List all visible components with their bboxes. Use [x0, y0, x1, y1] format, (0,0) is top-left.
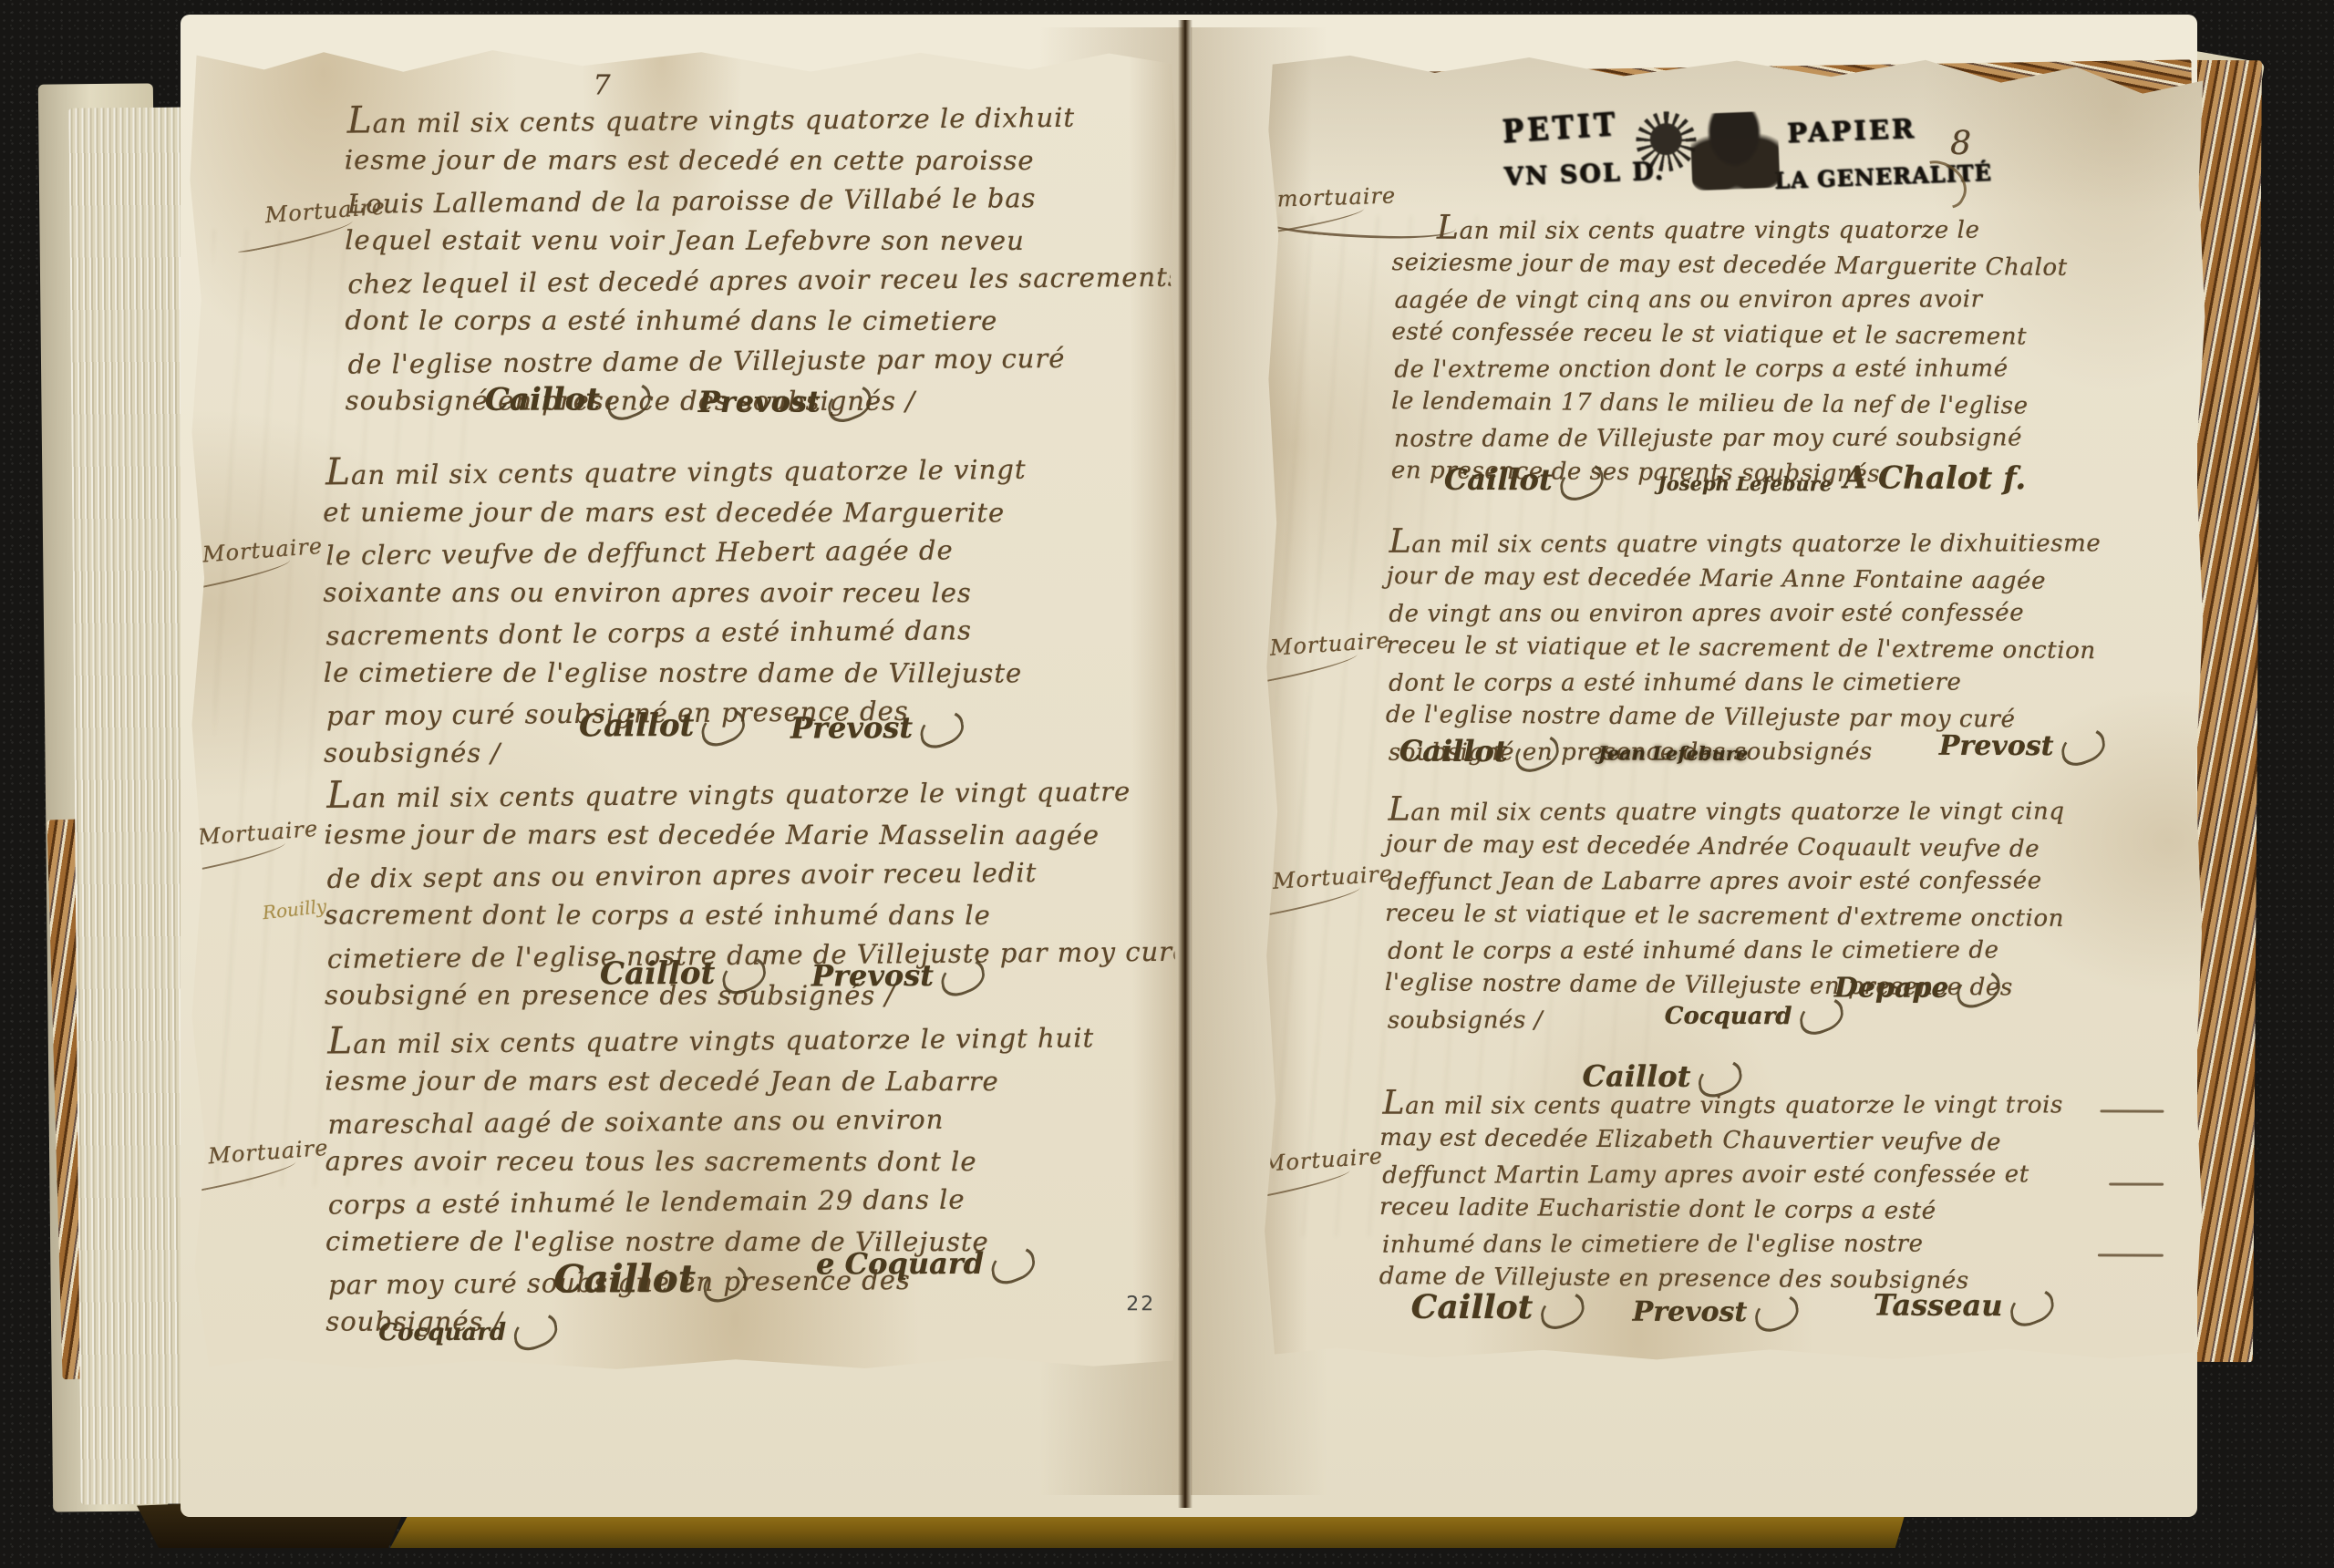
manuscript-line: seiziesme jour de may est decedée Margue…: [1392, 245, 2068, 285]
signature: Prevost: [1939, 730, 2106, 764]
archive-folio-number: 22: [1126, 1293, 1155, 1315]
margin-note: Mortuaire: [207, 1135, 330, 1182]
signature: Prevost: [811, 958, 986, 995]
manuscript-line: inhumé dans le cimetiere de l'eglise nos…: [1382, 1226, 2063, 1262]
manuscript-line: deffunct Jean de Labarre apres avoir est…: [1388, 863, 2067, 899]
manuscript-line: Lan mil six cents quatre vingts quatorze…: [326, 768, 1189, 819]
signature: Prevost: [698, 384, 873, 420]
ink-dash: [2109, 1182, 2164, 1185]
signature: Joseph Lefebure: [1658, 472, 1832, 496]
manuscript-line: et unieme jour de mars est decedée Margu…: [323, 492, 1023, 533]
manuscript-line: Lan mil six cents quatre vingts quatorze…: [347, 93, 1182, 144]
manuscript-line: corps a esté inhumé le lendemain 29 dans…: [328, 1178, 1095, 1224]
manuscript-line: mareschal aagé de soixante ans ou enviro…: [327, 1098, 1094, 1144]
signature: Jean Lefebure: [1598, 741, 1748, 765]
photograph-background: 7 Mortuaire Lan mil six cents quatre vin…: [0, 0, 2334, 1568]
margin-note: Mortuaire: [1272, 861, 1395, 907]
signature: A Chalot f.: [1843, 459, 2027, 497]
signature: e Coquard: [816, 1246, 1036, 1283]
signature-flourish: [1513, 728, 1560, 779]
tax-stamp-word: VN SOL D.: [1503, 157, 1665, 191]
manuscript-line: iesme jour de mars est decedé en cette p…: [345, 139, 1179, 181]
manuscript-line: dont le corps a esté inhumé dans le cime…: [345, 300, 1179, 341]
manuscript-line: sacrement dont le corps a esté inhumé da…: [325, 894, 1186, 935]
burial-entry: Lan mil six cents quatre vingts quatorze…: [1391, 209, 2068, 492]
manuscript-line: le cimetiere de l'eglise nostre dame de …: [324, 653, 1024, 694]
manuscript-line: chez lequel il est decedé apres avoir re…: [347, 257, 1182, 304]
signature: Caillot: [1444, 462, 1605, 499]
ink-dash: [2098, 1253, 2164, 1256]
signature: Caillot: [579, 707, 746, 745]
manuscript-line: deffunct Martin Lamy apres avoir esté co…: [1382, 1157, 2063, 1192]
signature: Prevost: [1633, 1296, 1800, 1330]
signature: Prevost: [790, 710, 965, 747]
manuscript-line: receu ladite Eucharistie dont le corps a…: [1379, 1190, 2060, 1230]
manuscript-line: de l'eglise nostre dame de Villejuste pa…: [347, 337, 1182, 385]
tax-stamp: PETIT VN SOL D. PAPIER LA GENERALITÉ: [1502, 88, 1944, 225]
page-number-right: 8: [1950, 125, 1971, 162]
manuscript-line: dont le corps a esté inhumé dans le cime…: [1388, 933, 2067, 968]
manuscript-line: dont le corps a esté inhumé dans le cime…: [1389, 665, 2101, 700]
manuscript-line: Lan mil six cents quatre vingts quatorze…: [1437, 209, 2071, 248]
margin-note: Mortuaire: [201, 533, 325, 581]
manuscript-line: jour de may est decedée Marie Anne Fonta…: [1386, 559, 2098, 599]
manuscript-line: le clerc veufve de deffunct Hebert aagée…: [325, 530, 1027, 576]
signature: Caillot: [1399, 734, 1560, 770]
manuscript-line: nostre dame de Villejuste par moy curé s…: [1394, 420, 2070, 456]
manuscript-line: lequel estait venu voir Jean Lefebvre so…: [345, 220, 1179, 261]
manuscript-line: Lan mil six cents quatre vingts quatorze…: [1382, 1084, 2063, 1123]
signature-flourish: [1539, 1285, 1585, 1336]
manuscript-page-left: 7 Mortuaire Lan mil six cents quatre vin…: [184, 44, 1182, 1375]
manuscript-line: may est decedée Elizabeth Chauvertier ve…: [1379, 1120, 2060, 1161]
manuscript-line: Lan mil six cents quatre vingts quatorze…: [327, 1014, 1094, 1064]
manuscript-line: jour de may est decedée Andrée Coquault …: [1385, 827, 2064, 867]
burial-entry: Lan mil six cents quatre vingts quatorze…: [345, 95, 1181, 422]
manuscript-line: aagée de vingt cinq ans ou environ apres…: [1395, 282, 2071, 317]
tax-stamp-word: PAPIER: [1787, 113, 1917, 149]
manuscript-line: iesme jour de mars est decedée Marie Mas…: [324, 814, 1185, 855]
manuscript-line: de l'extreme onction dont le corps a est…: [1394, 351, 2070, 387]
margin-note: Mortuaire: [1269, 627, 1392, 674]
margin-note: Mortuaire: [197, 816, 320, 863]
signature: Caillot: [485, 381, 652, 418]
signature-flourish: [826, 378, 873, 429]
signature-flourish: [2009, 1282, 2055, 1332]
manuscript-line: receu le st viatique et le sacrement d'e…: [1385, 896, 2064, 936]
tax-stamp-word: PETIT: [1502, 106, 1620, 150]
burial-entry: Lan mil six cents quatre vingts quatorze…: [1379, 1084, 2060, 1298]
margin-note: Mortuaire: [1262, 1143, 1385, 1190]
book-gutter: [1178, 20, 1193, 1508]
manuscript-line: sacrements dont le corps a esté inhumé d…: [326, 610, 1028, 656]
faint-margin-note: Rouilly: [262, 895, 328, 923]
signature: Cocquard: [1665, 999, 1844, 1033]
manuscript-page-right: PETIT VN SOL D. PAPIER LA GENERALITÉ 8 m…: [1260, 51, 2208, 1366]
manuscript-line: esté confessée receu le st viatique et l…: [1391, 315, 2067, 355]
signature: Caillot: [1411, 1288, 1585, 1327]
manuscript-line: le lendemain 17 dans le milieu de la nef…: [1391, 384, 2067, 424]
signature-flourish: [1558, 457, 1605, 507]
manuscript-line: soixante ans ou environ apres avoir rece…: [324, 573, 1024, 614]
signature: Cocquard: [378, 1315, 558, 1348]
manuscript-line: receu le st viatique et le sacrement de …: [1386, 628, 2098, 668]
signature: Tasseau: [1874, 1288, 2055, 1325]
manuscript-line: de dix sept ans ou environ apres avoir r…: [326, 851, 1189, 899]
manuscript-line: Lan mil six cents quatre vingts quatorze…: [1389, 522, 2102, 562]
manuscript-line: apres avoir receu tous les sacrements do…: [325, 1141, 1092, 1182]
manuscript-line: de vingt ans ou environ apres avoir esté…: [1389, 595, 2101, 631]
manuscript-line: iesme jour de mars est decedé Jean de La…: [325, 1061, 1091, 1102]
ink-dash: [2100, 1109, 2164, 1112]
signature: Depape: [1834, 972, 2001, 1006]
manuscript-line: Lan mil six cents quatre vingts quatorze…: [1389, 790, 2068, 830]
manuscript-line: Louis Lallemand de la paroisse de Villab…: [347, 177, 1182, 224]
signature: Caillot: [553, 1256, 748, 1302]
manuscript-line: Lan mil six cents quatre vingts quatorze…: [325, 446, 1027, 496]
signature: Caillot: [600, 955, 767, 993]
royal-arms-icon: [1689, 111, 1780, 191]
